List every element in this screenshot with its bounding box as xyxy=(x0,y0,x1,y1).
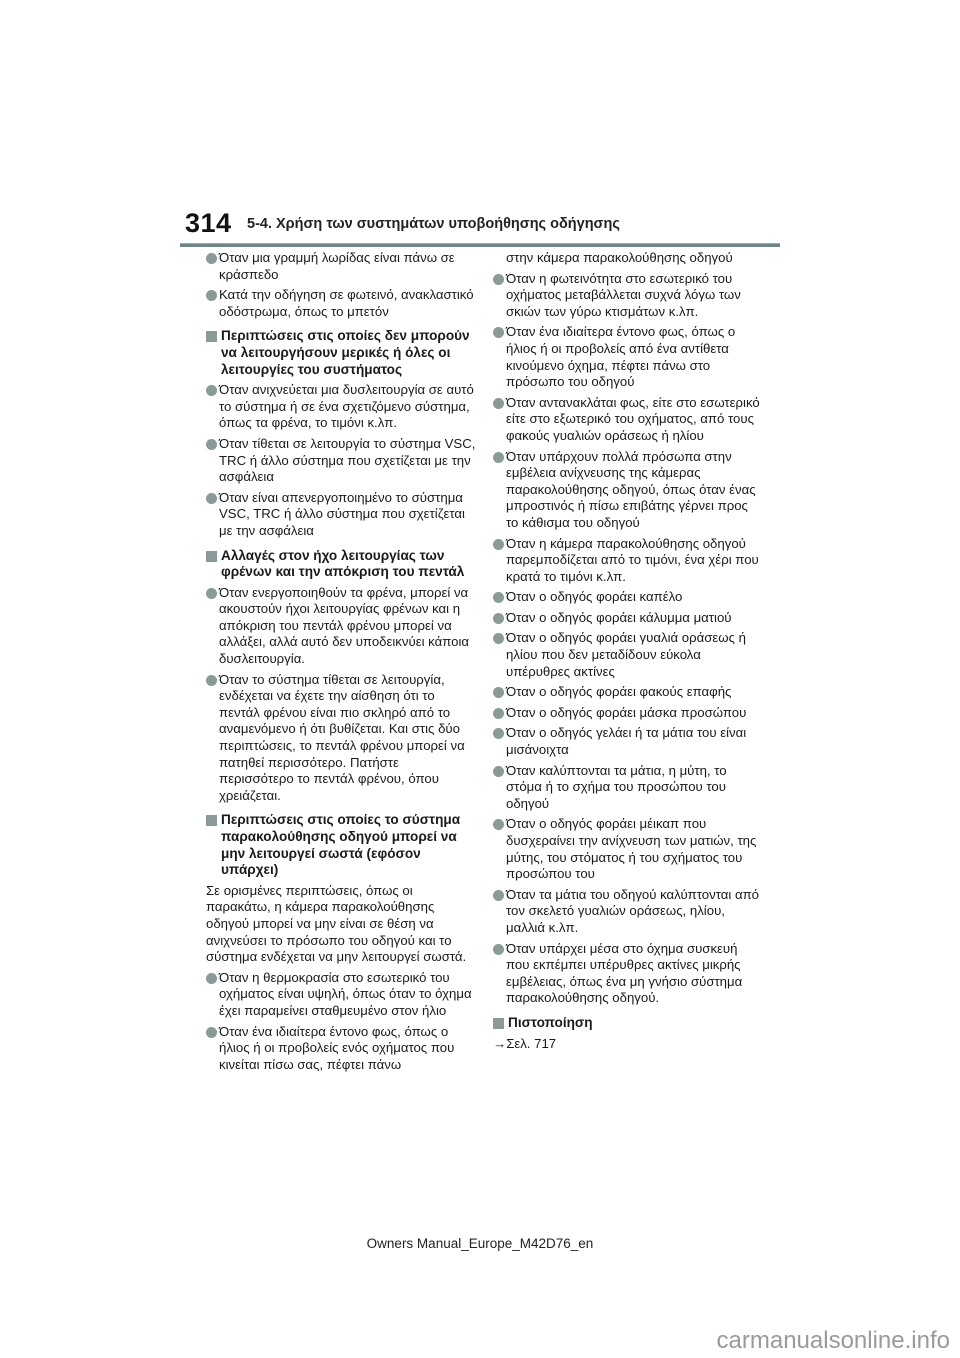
list-item: Όταν η φωτεινότητα στο εσωτερικό του οχή… xyxy=(493,271,763,321)
bullet-dot-icon xyxy=(493,452,504,463)
bullet-dot-icon xyxy=(206,439,217,450)
square-marker-icon xyxy=(206,815,217,826)
list-item: Όταν υπάρχει μέσα στο όχημα συσκευή που … xyxy=(493,941,763,1007)
list-item: Κατά την οδήγηση σε φωτεινό, ανακλαστικό… xyxy=(206,287,476,320)
bullet-dot-icon xyxy=(493,766,504,777)
list-item: Όταν είναι απενεργοποιημένο το σύστημα V… xyxy=(206,490,476,540)
footer-text: Owners Manual_Europe_M42D76_en xyxy=(0,1236,960,1251)
left-column: Όταν μια γραμμή λωρίδας είναι πάνω σε κρ… xyxy=(206,250,476,1077)
list-item: Όταν ο οδηγός γελάει ή τα μάτια του είνα… xyxy=(493,725,763,758)
bullet-dot-icon xyxy=(493,633,504,644)
bullet-dot-icon xyxy=(493,613,504,624)
bullet-dot-icon xyxy=(206,675,217,686)
header-rule xyxy=(180,243,780,247)
bullet-dot-icon xyxy=(493,708,504,719)
list-item: Όταν ένα ιδιαίτερα έντονο φως, όπως ο ήλ… xyxy=(493,324,763,390)
bullet-dot-icon xyxy=(206,253,217,264)
list-item: Όταν υπάρχουν πολλά πρόσωπα στην εμβέλει… xyxy=(493,449,763,532)
section-heading: Περιπτώσεις στις οποίες το σύστημα παρακ… xyxy=(206,812,476,878)
bullet-dot-icon xyxy=(493,592,504,603)
bullet-dot-icon xyxy=(493,327,504,338)
section-title: 5-4. Χρήση των συστημάτων υποβοήθησης οδ… xyxy=(247,216,620,232)
continuation-text: στην κάμερα παρακολούθησης οδηγού xyxy=(493,250,763,267)
bullet-dot-icon xyxy=(206,973,217,984)
list-item: Όταν αντανακλάται φως, είτε στο εσωτερικ… xyxy=(493,395,763,445)
page-reference-link[interactable]: →Σελ. 717 xyxy=(493,1036,763,1053)
square-marker-icon xyxy=(206,331,217,342)
list-item: Όταν ένα ιδιαίτερα έντονο φως, όπως ο ήλ… xyxy=(206,1024,476,1074)
bullet-dot-icon xyxy=(206,493,217,504)
paragraph: Σε ορισμένες περιπτώσεις, όπως οι παρακά… xyxy=(206,883,476,966)
bullet-dot-icon xyxy=(493,944,504,955)
list-item: Όταν ανιχνεύεται μια δυσλειτουργία σε αυ… xyxy=(206,382,476,432)
list-item: Όταν η κάμερα παρακολούθησης οδηγού παρε… xyxy=(493,536,763,586)
bullet-dot-icon xyxy=(493,728,504,739)
bullet-dot-icon xyxy=(493,819,504,830)
list-item: Όταν μια γραμμή λωρίδας είναι πάνω σε κρ… xyxy=(206,250,476,283)
list-item: Όταν ο οδηγός φοράει γυαλιά οράσεως ή ηλ… xyxy=(493,630,763,680)
bullet-dot-icon xyxy=(206,290,217,301)
right-column: στην κάμερα παρακολούθησης οδηγού Όταν η… xyxy=(493,250,763,1052)
section-heading: Πιστοποίηση xyxy=(493,1015,763,1032)
section-heading: Αλλαγές στον ήχο λειτουργίας των φρένων … xyxy=(206,548,476,581)
bullet-dot-icon xyxy=(493,687,504,698)
list-item: Όταν τα μάτια του οδηγού καλύπτονται από… xyxy=(493,887,763,937)
list-item: Όταν ο οδηγός φοράει φακούς επαφής xyxy=(493,684,763,701)
list-item: Όταν καλύπτονται τα μάτια, η μύτη, το στ… xyxy=(493,763,763,813)
bullet-dot-icon xyxy=(206,385,217,396)
list-item: Όταν ο οδηγός φοράει καπέλο xyxy=(493,589,763,606)
list-item: Όταν τίθεται σε λειτουργία το σύστημα VS… xyxy=(206,436,476,486)
section-heading: Περιπτώσεις στις οποίες δεν μπορούν να λ… xyxy=(206,328,476,378)
bullet-dot-icon xyxy=(493,398,504,409)
list-item: Όταν ο οδηγός φοράει μάσκα προσώπου xyxy=(493,705,763,722)
bullet-dot-icon xyxy=(493,539,504,550)
list-item: Όταν το σύστημα τίθεται σε λειτουργία, ε… xyxy=(206,672,476,805)
list-item: Όταν ο οδηγός φοράει κάλυμμα ματιού xyxy=(493,610,763,627)
bullet-dot-icon xyxy=(206,588,217,599)
page-number: 314 xyxy=(185,208,232,239)
square-marker-icon xyxy=(493,1018,504,1029)
list-item: Όταν ενεργοποιηθούν τα φρένα, μπορεί να … xyxy=(206,585,476,668)
watermark: carmanualsonline.info xyxy=(717,1327,950,1355)
list-item: Όταν η θερμοκρασία στο εσωτερικό του οχή… xyxy=(206,970,476,1020)
list-item: Όταν ο οδηγός φοράει μέικαπ που δυσχεραί… xyxy=(493,816,763,882)
square-marker-icon xyxy=(206,551,217,562)
bullet-dot-icon xyxy=(493,274,504,285)
bullet-dot-icon xyxy=(493,890,504,901)
bullet-dot-icon xyxy=(206,1027,217,1038)
